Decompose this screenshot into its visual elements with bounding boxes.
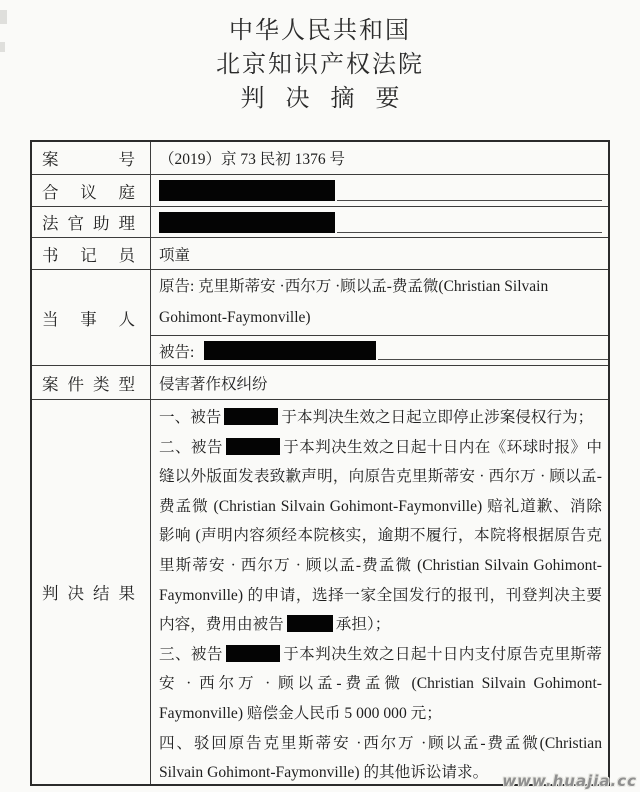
defendant-line: 被告: (151, 336, 608, 365)
judgment-text: 承担）； (336, 616, 391, 633)
signature-underline (337, 200, 602, 201)
case-number-label: 案号 (32, 142, 151, 174)
clerk-value: 项童 (151, 238, 608, 269)
judge-assistant-value (151, 207, 608, 237)
defendant-prefix: 被告: (159, 340, 194, 362)
parties-label: 当事人 (32, 270, 151, 365)
plaintiff-line: 原告: 克里斯蒂安 ·西尔万 ·顾以孟-费孟微(Christian Silvai… (151, 270, 608, 336)
judgment-summary-table: 案号 （2019）京 73 民初 1376 号 合议庭 法官助理 书记员 (30, 140, 610, 786)
redaction-inline-bar (226, 645, 280, 662)
page-title: 判决摘要 (241, 82, 421, 116)
judgment-item: 一、被告于本判决生效之日起立即停止涉案侵权行为； (159, 403, 602, 433)
judgment-content: 一、被告于本判决生效之日起立即停止涉案侵权行为；二、被告于本判决生效之日起十日内… (151, 400, 608, 784)
collegial-panel-label: 合议庭 (32, 175, 151, 206)
row-collegial-panel: 合议庭 (32, 174, 608, 206)
header-country: 中华人民共和国 (0, 14, 640, 48)
parties-value: 原告: 克里斯蒂安 ·西尔万 ·顾以孟-费孟微(Christian Silvai… (151, 270, 608, 365)
watermark: www.huajia.cc (502, 772, 637, 790)
case-number-value: （2019）京 73 民初 1376 号 (151, 142, 608, 174)
row-case-number: 案号 （2019）京 73 民初 1376 号 (32, 142, 608, 174)
judgment-item: 二、被告于本判决生效之日起十日内在《环球时报》中缝以外版面发表致歉声明，向原告克… (159, 433, 602, 640)
row-case-type: 案件类型 侵害著作权纠纷 (32, 365, 608, 399)
header-court: 北京知识产权法院 (0, 48, 640, 82)
redaction-inline-bar (224, 408, 278, 425)
judgment-text: 一、被告 (159, 409, 221, 426)
redaction-inline-bar (287, 615, 333, 632)
row-clerk: 书记员 项童 (32, 237, 608, 269)
redaction-inline-bar (226, 438, 280, 455)
case-type-value: 侵害著作权纠纷 (151, 366, 608, 399)
row-parties: 当事人 原告: 克里斯蒂安 ·西尔万 ·顾以孟-费孟微(Christian Si… (32, 269, 608, 365)
document-header: 中华人民共和国 北京知识产权法院 判决摘要 (0, 14, 640, 116)
judgment-result-label: 判决结果 (32, 400, 151, 784)
judgment-text: 于本判决生效之日起立即停止涉案侵权行为； (281, 409, 593, 426)
signature-underline (337, 232, 602, 233)
case-type-label: 案件类型 (32, 366, 151, 399)
signature-underline (378, 359, 608, 360)
judgment-item: 三、被告于本判决生效之日起十日内支付原告克里斯蒂安 · 西尔万 · 顾以孟-费孟… (159, 640, 602, 729)
redaction-bar (204, 341, 376, 360)
redaction-bar (159, 180, 335, 201)
judgment-text: 三、被告 (159, 646, 223, 663)
row-judge-assistant: 法官助理 (32, 206, 608, 237)
judgment-text: 于本判决生效之日起十日内在《环球时报》中缝以外版面发表致歉声明，向原告克里斯蒂安… (159, 439, 602, 634)
judge-assistant-label: 法官助理 (32, 207, 151, 237)
row-judgment-result: 判决结果 一、被告于本判决生效之日起立即停止涉案侵权行为；二、被告于本判决生效之… (32, 399, 608, 784)
redaction-bar (159, 212, 335, 233)
collegial-panel-value (151, 175, 608, 206)
judgment-text: 二、被告 (159, 439, 223, 456)
clerk-label: 书记员 (32, 238, 151, 269)
